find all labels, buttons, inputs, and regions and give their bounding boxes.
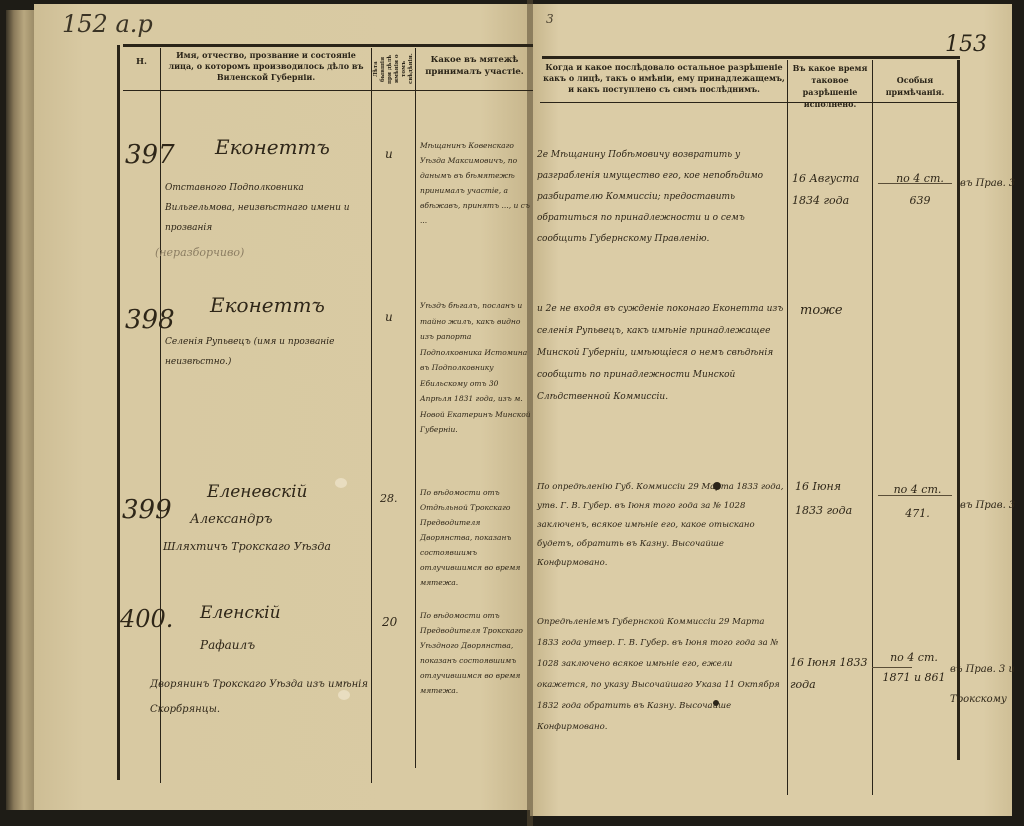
entry-participation: По вѣдомости отъ Отдѣльной Трокскаго Пре…	[420, 485, 532, 590]
header-top-rule-left	[123, 44, 533, 47]
entry-executed-date: 16 Іюня 1833 года	[795, 475, 871, 523]
entry-surname: Еленевскій	[207, 482, 308, 502]
entry-age: и	[385, 147, 393, 161]
entry-participation: По вѣдомости отъ Предводителя Трокскаго …	[420, 608, 532, 698]
right-page-number: 153	[945, 32, 987, 57]
entry-executed-date: тоже	[800, 303, 843, 318]
entry-surname: Еконеттъ	[210, 293, 325, 317]
entry-participation: Мѣщанинъ Ковенскаго Уѣзда Максимовичъ, п…	[420, 138, 532, 228]
header-participation: Какое въ мятежѣ принималъ участіе.	[418, 54, 531, 78]
entry-executed-ref: по 4 ст. 471.	[885, 478, 950, 526]
entry-given-name: Рафаилъ	[200, 638, 255, 652]
col-divider-executed	[872, 60, 873, 795]
header-top-rule-right	[542, 56, 960, 59]
header-bottom-rule-right	[540, 102, 960, 103]
col-divider-name	[371, 48, 372, 783]
left-outer-rule	[117, 45, 120, 780]
entry-faint-note: (неразборчиво)	[155, 246, 244, 259]
entry-executed-date: 16 Іюня 1833 года	[790, 652, 870, 696]
header-resolution: Когда и какое послѣдовало остальное разр…	[542, 62, 786, 95]
entry-executed-date: 16 Августа 1834 года	[792, 168, 870, 212]
fraction-line	[872, 667, 912, 668]
entry-age: 28.	[380, 492, 398, 505]
col-divider-resolution	[787, 60, 788, 795]
entry-resolution: По опредѣленію Губ. Коммиссіи 29 Марта 1…	[537, 478, 785, 573]
entry-age: и	[385, 310, 393, 324]
entry-special-note: въ Прав. 3	[960, 500, 1015, 511]
header-number: Н.	[123, 56, 160, 68]
entry-executed-ref: по 4 ст. 1871 и 861	[878, 648, 950, 688]
entry-resolution: Опредѣленіемъ Губернской Коммиссіи 29 Ма…	[537, 612, 785, 738]
entry-name-details: Шляхтичъ Трокскаго Уѣзда	[163, 540, 331, 553]
entry-executed-ref: по 4 ст. 639	[890, 168, 950, 212]
entry-name-details: Отставного Подполковника Вильгельмова, н…	[165, 178, 370, 238]
entry-age: 20	[382, 615, 397, 629]
entry-number: 399	[122, 495, 172, 525]
paper-spot	[338, 690, 350, 700]
header-notes: Особыя примѣчанія.	[874, 74, 956, 98]
binding-hole	[713, 482, 721, 490]
entry-surname: Еленскій	[200, 603, 281, 623]
paper-spot	[335, 478, 347, 488]
header-bottom-rule-left	[123, 90, 533, 91]
header-age: Лѣта бывшія при дѣлѣ имѣніи о томъ свѣдѣ…	[373, 50, 413, 88]
entry-participation: Уѣздъ бѣгалъ, посланъ и тайно жилъ, какъ…	[420, 298, 532, 438]
entry-number: 400.	[120, 605, 173, 633]
header-executed: Въ какое время таковое разрѣшеніе исполн…	[789, 62, 871, 110]
entry-name-details: Селенія Рупьвецъ (имя и прозваніе неизвѣ…	[165, 332, 370, 372]
left-page-number: 152 а.р	[62, 10, 153, 38]
entry-given-name: Александръ	[190, 512, 272, 527]
col-divider-age	[415, 48, 416, 768]
entry-special-note: въ Прав. 3	[960, 178, 1015, 189]
right-small-number: 3	[546, 12, 554, 26]
entry-resolution: и 2е не входя въ сужденіе поконаго Еконе…	[537, 298, 785, 408]
entry-number: 397	[125, 140, 175, 170]
header-name: Имя, отчество, прозвание и состояніе лиц…	[162, 50, 370, 83]
fraction-line	[878, 495, 952, 496]
entry-special-note: въ Прав. 3 и Трокскому	[950, 655, 1022, 715]
entry-surname: Еконеттъ	[215, 135, 330, 159]
entry-number: 398	[125, 305, 175, 335]
entry-name-details: Дворянинъ Трокскаго Уѣзда изъ имѣнія Ско…	[150, 672, 370, 722]
fraction-line	[878, 183, 952, 184]
binding-hole	[713, 700, 719, 706]
entry-resolution: 2е Мѣщанину Побѣмовичу возвратить у разг…	[537, 145, 785, 250]
